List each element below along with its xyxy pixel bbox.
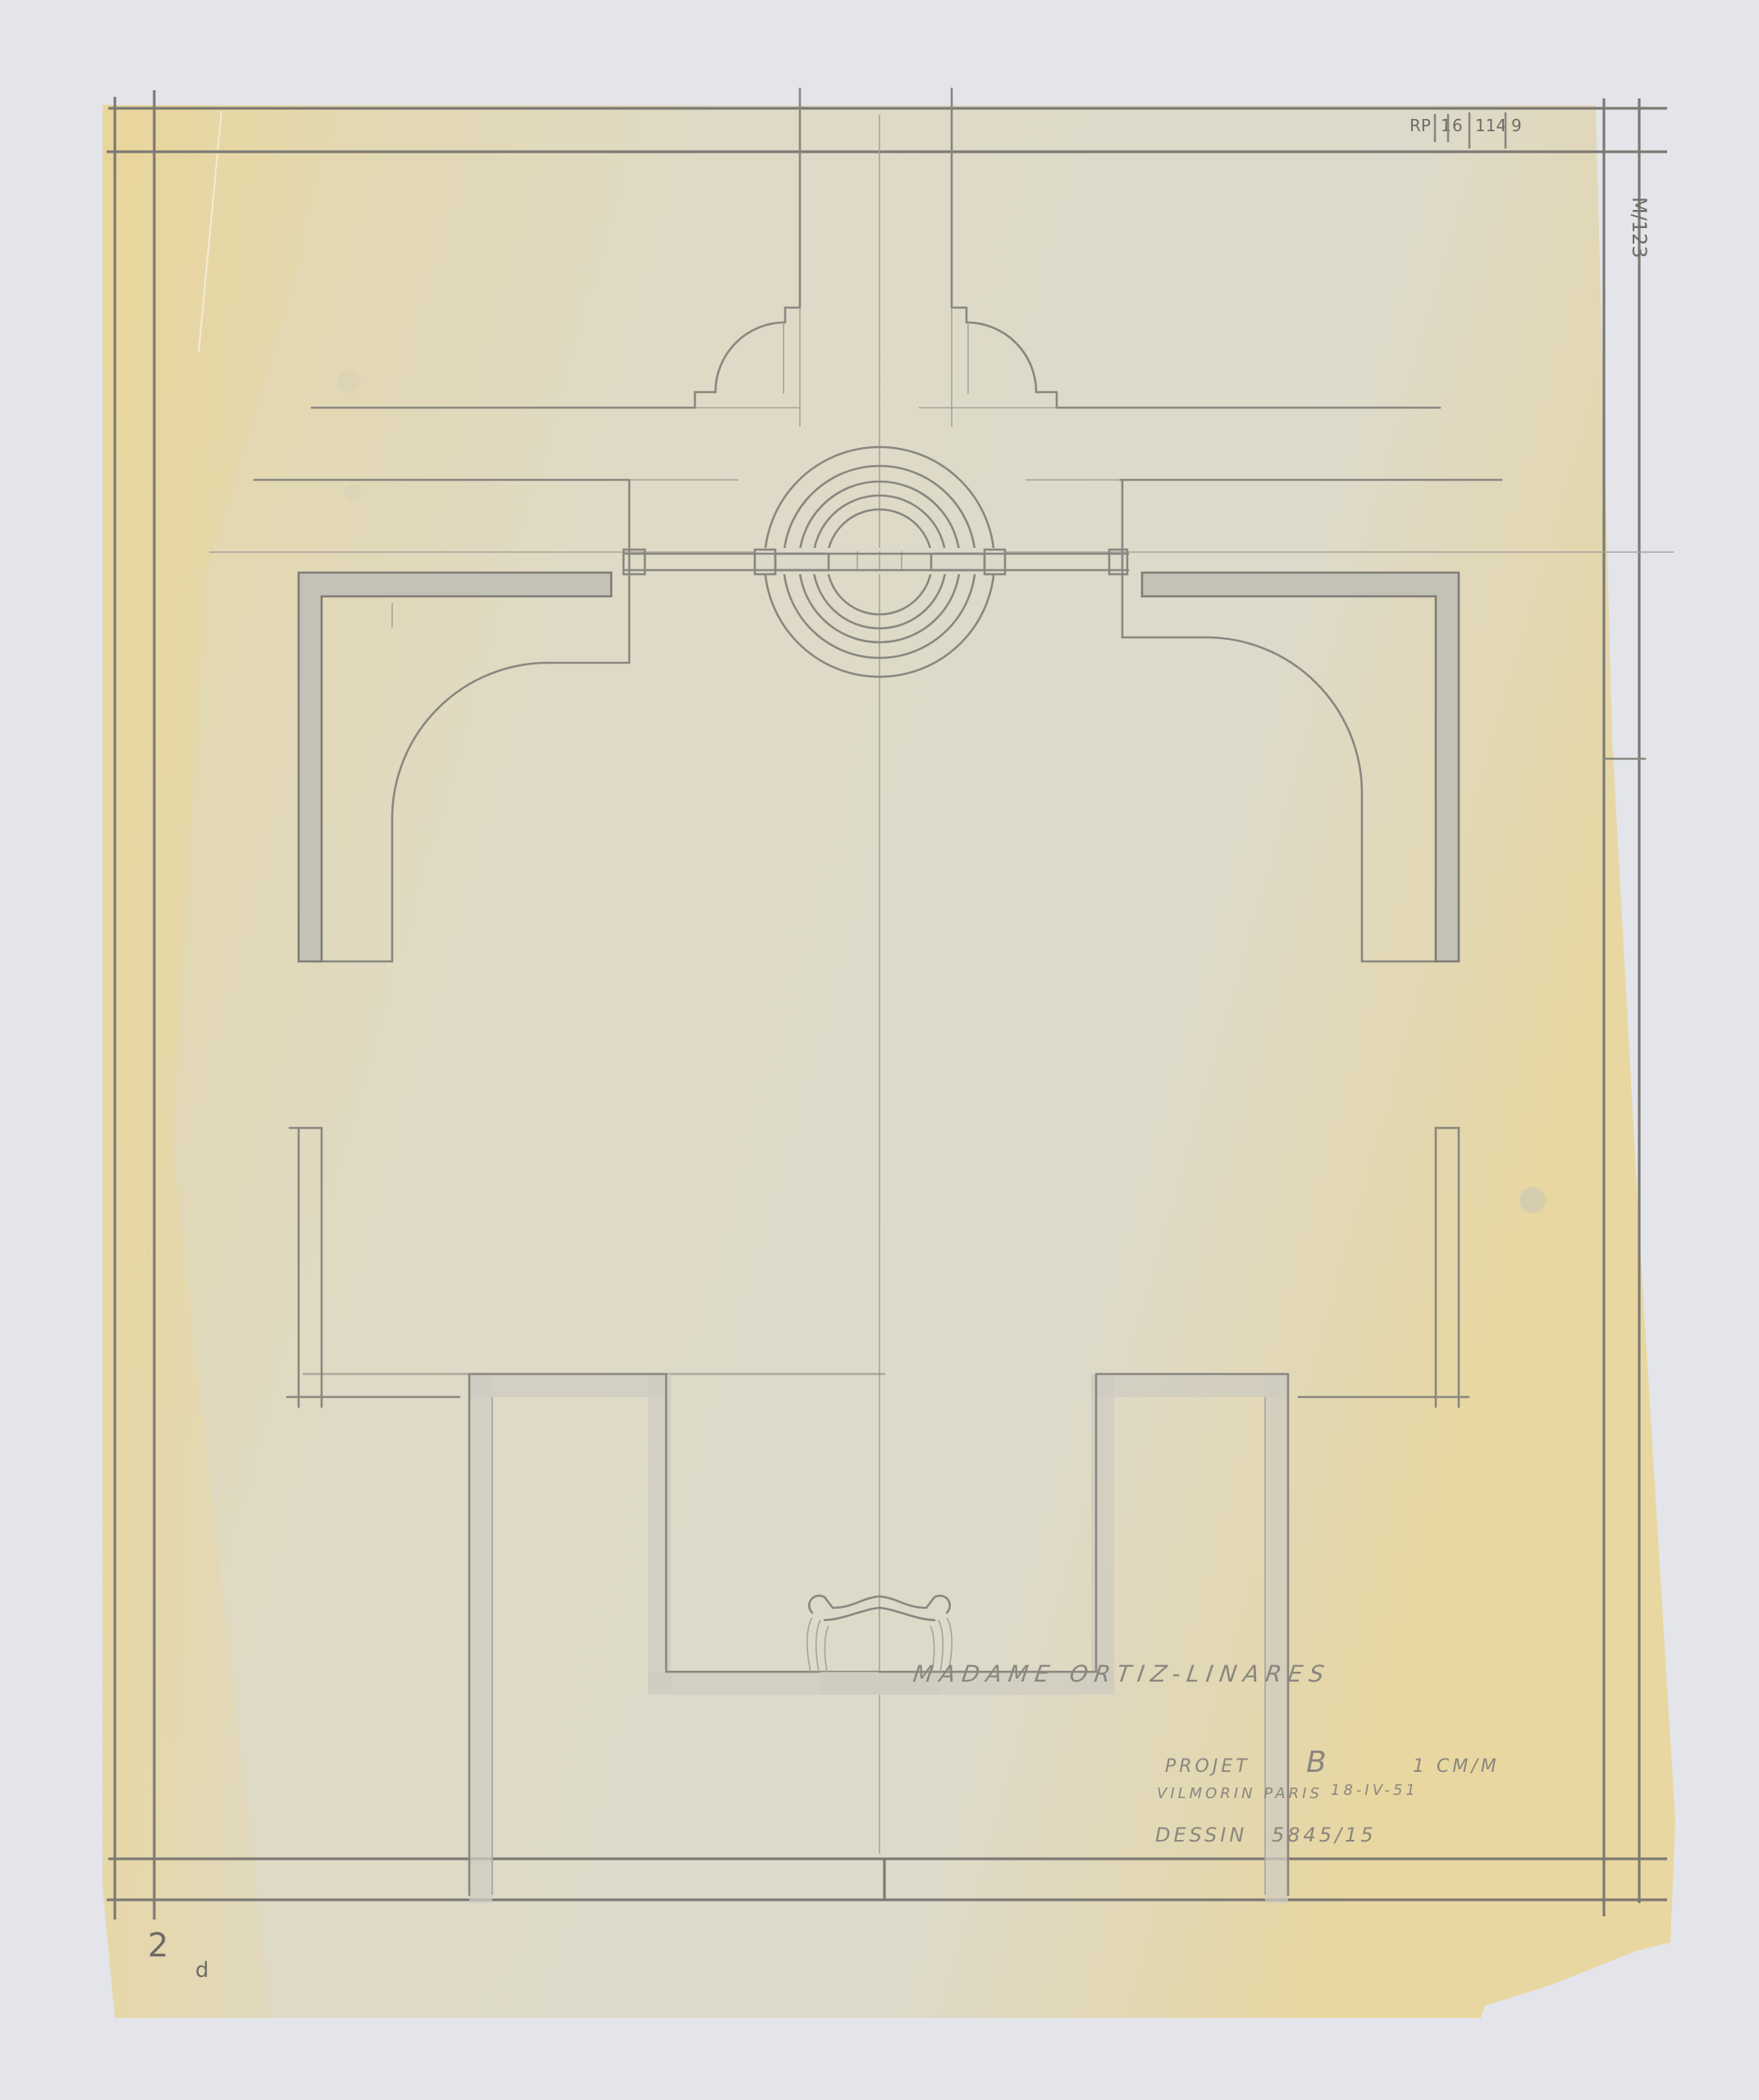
corner-mark-2: 2 — [148, 1927, 168, 1965]
firm-name: VILMORIN PARIS — [1157, 1785, 1323, 1802]
svg-text:RP: RP — [1409, 116, 1431, 135]
corner-mark-d: d — [195, 1958, 209, 1983]
paper-stain — [337, 370, 360, 393]
paper-stain — [345, 484, 361, 500]
svg-text:114: 114 — [1475, 116, 1506, 135]
paper-sheet — [103, 105, 1675, 2018]
drawing-date: 18-IV-51 — [1331, 1782, 1419, 1799]
margin-note: M/123 — [1628, 197, 1651, 258]
drawing-sheet: RP 1 6 114 9 M/123 — [0, 0, 1759, 2100]
client-name: MADAME ORTIZ-LINARES — [911, 1660, 1332, 1687]
dessin-label: DESSIN — [1155, 1824, 1247, 1847]
svg-text:6: 6 — [1452, 116, 1463, 135]
drawing-number: 5845/15 — [1272, 1824, 1377, 1847]
projet-variant: B — [1306, 1746, 1330, 1779]
paper-stain — [1519, 1187, 1546, 1213]
svg-text:9: 9 — [1511, 116, 1522, 135]
projet-label: PROJET — [1165, 1756, 1250, 1777]
svg-text:1: 1 — [1441, 116, 1451, 135]
scale-note: 1 CM/M — [1413, 1756, 1500, 1777]
